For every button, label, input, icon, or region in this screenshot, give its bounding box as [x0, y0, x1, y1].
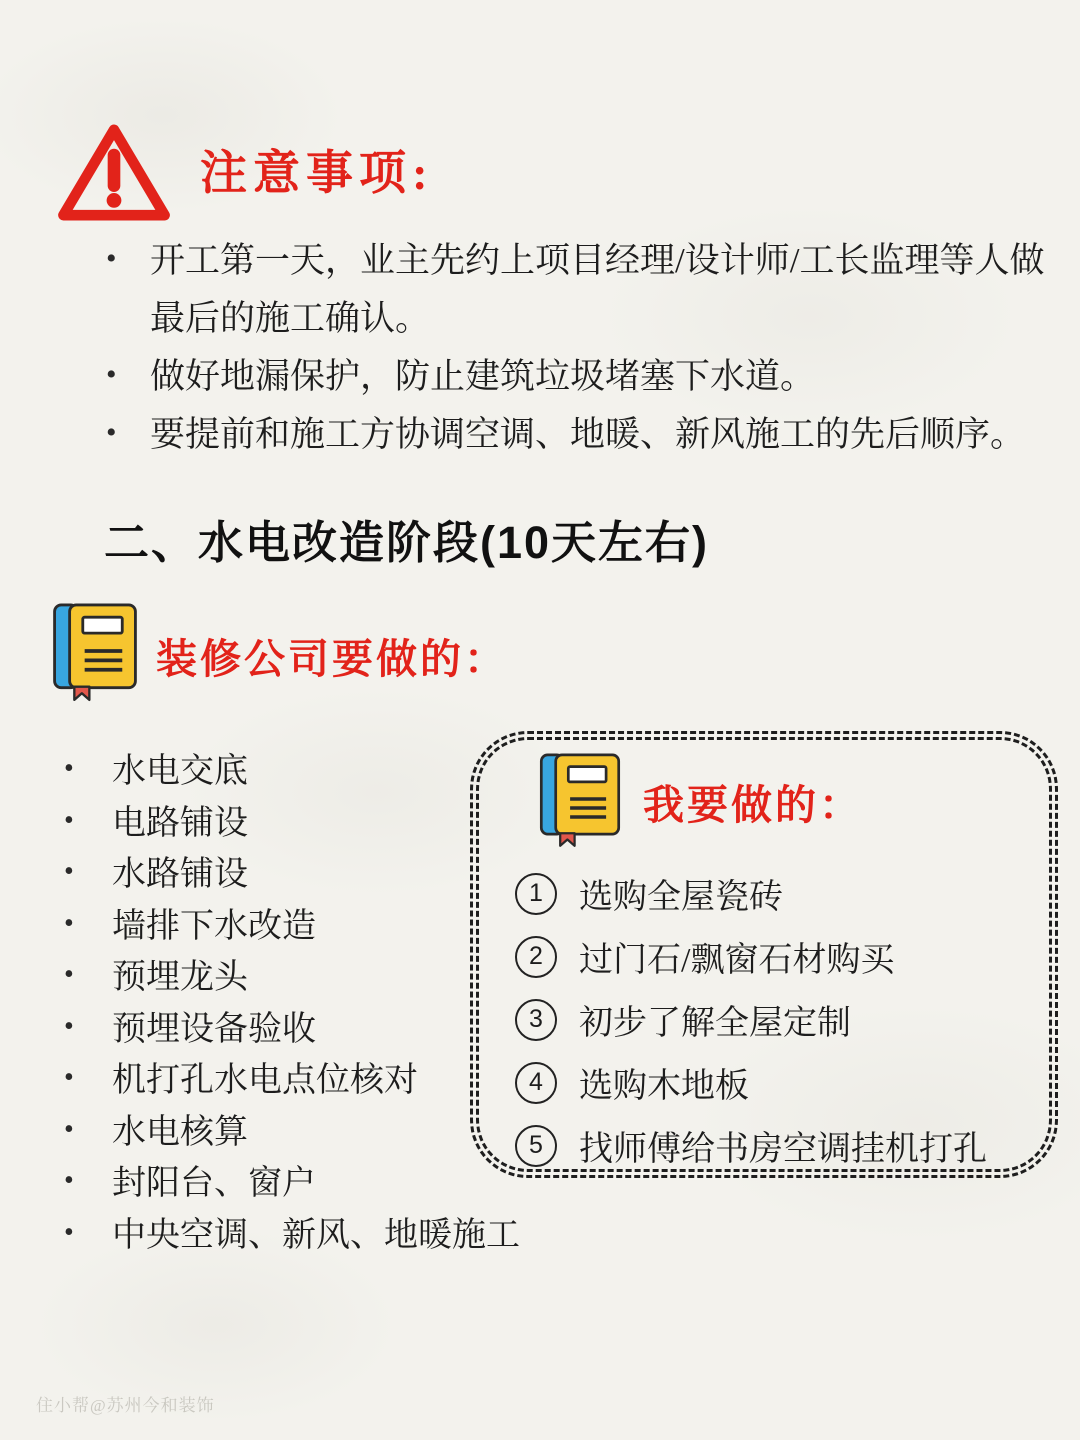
- my-todo-text: 过门石/飘窗石材购买: [579, 932, 894, 981]
- company-task-text: 水路铺设: [112, 856, 248, 893]
- company-task-list: •水电交底 •电路铺设 •水路铺设 •墙排下水改造 •预埋龙头 •预埋设备验收 …: [60, 746, 480, 1261]
- company-task-item: •预埋设备验收: [60, 1004, 480, 1056]
- notice-item-text: 要提前和施工方协调空调、地暖、新风施工的先后顺序。: [150, 415, 1025, 454]
- circled-number: 2: [515, 936, 557, 978]
- company-task-item: •机打孔水电点位核对: [60, 1055, 480, 1107]
- section-title: 二、水电改造阶段(10天左右): [104, 506, 709, 571]
- notice-item-text: 开工第一天，业主先约上项目经理/设计师/工长监理等人做最后的施工确认。: [150, 241, 1044, 338]
- company-task-item: •电路铺设: [60, 798, 480, 850]
- bullet-glyph: •: [64, 795, 74, 847]
- company-task-item: •水路铺设: [60, 849, 480, 901]
- bullet-glyph: •: [106, 346, 117, 404]
- company-task-text: 电路铺设: [112, 805, 248, 842]
- company-task-item: •水电交底: [60, 746, 480, 798]
- company-task-text: 预埋设备验收: [112, 1011, 316, 1048]
- bullet-glyph: •: [64, 1155, 74, 1207]
- my-todo-box: 我要做的： 1 选购全屋瓷砖 2 过门石/飘窗石材购买 3 初步了解全屋定制 4…: [470, 731, 1058, 1178]
- my-todo-text: 选购全屋瓷砖: [579, 869, 783, 918]
- company-task-item: •中央空调、新风、地暖施工: [60, 1210, 480, 1262]
- my-todo-list: 1 选购全屋瓷砖 2 过门石/飘窗石材购买 3 初步了解全屋定制 4 选购木地板…: [515, 862, 1035, 1177]
- bullet-glyph: •: [64, 743, 74, 795]
- company-tasks-title: 装修公司要做的：: [156, 626, 508, 685]
- notice-item: • 做好地漏保护，防止建筑垃圾堵塞下水道。: [102, 348, 1054, 406]
- notice-item: • 开工第一天，业主先约上项目经理/设计师/工长监理等人做最后的施工确认。: [102, 232, 1054, 348]
- circled-number: 5: [515, 1125, 557, 1167]
- bullet-glyph: •: [64, 898, 74, 950]
- company-task-item: •墙排下水改造: [60, 901, 480, 953]
- notice-title: 注意事项:: [200, 136, 434, 203]
- warning-triangle-icon: [56, 120, 172, 226]
- bullet-glyph: •: [106, 230, 117, 288]
- company-task-text: 预埋龙头: [112, 959, 248, 996]
- company-task-item: •预埋龙头: [60, 952, 480, 1004]
- my-todo-item: 4 选购木地板: [515, 1051, 1035, 1114]
- notice-item: • 要提前和施工方协调空调、地暖、新风施工的先后顺序。: [102, 406, 1054, 464]
- renovation-infographic-page: 注意事项: • 开工第一天，业主先约上项目经理/设计师/工长监理等人做最后的施工…: [0, 0, 1080, 1440]
- circled-number: 4: [515, 1062, 557, 1104]
- watermark: 住小帮@苏州今和装饰: [36, 1391, 215, 1416]
- company-task-text: 中央空调、新风、地暖施工: [112, 1217, 520, 1254]
- my-todo-text: 选购木地板: [579, 1058, 749, 1107]
- my-todo-item: 5 找师傅给书房空调挂机打孔: [515, 1114, 1035, 1177]
- notebook-icon: [48, 600, 142, 702]
- my-todo-item: 3 初步了解全屋定制: [515, 988, 1035, 1051]
- my-todo-item: 1 选购全屋瓷砖: [515, 862, 1035, 925]
- bullet-glyph: •: [64, 949, 74, 1001]
- bullet-glyph: •: [64, 1207, 74, 1259]
- company-task-text: 墙排下水改造: [112, 908, 316, 945]
- circled-number: 1: [515, 873, 557, 915]
- my-todo-text: 找师傅给书房空调挂机打孔: [579, 1121, 987, 1170]
- bullet-glyph: •: [64, 1104, 74, 1156]
- company-task-text: 封阳台、窗户: [112, 1165, 316, 1202]
- company-task-text: 机打孔水电点位核对: [112, 1062, 418, 1099]
- company-task-text: 水电交底: [112, 753, 248, 790]
- bullet-glyph: •: [106, 404, 117, 462]
- my-todo-text: 初步了解全屋定制: [579, 995, 851, 1044]
- notice-item-text: 做好地漏保护，防止建筑垃圾堵塞下水道。: [150, 357, 815, 396]
- my-todo-title: 我要做的：: [643, 772, 863, 831]
- bullet-glyph: •: [64, 846, 74, 898]
- company-task-item: •水电核算: [60, 1107, 480, 1159]
- company-task-item: •封阳台、窗户: [60, 1158, 480, 1210]
- notebook-icon: [535, 750, 625, 848]
- circled-number: 3: [515, 999, 557, 1041]
- company-task-text: 水电核算: [112, 1114, 248, 1151]
- my-todo-item: 2 过门石/飘窗石材购买: [515, 925, 1035, 988]
- bullet-glyph: •: [64, 1001, 74, 1053]
- bullet-glyph: •: [64, 1052, 74, 1104]
- notice-list: • 开工第一天，业主先约上项目经理/设计师/工长监理等人做最后的施工确认。 • …: [102, 232, 1054, 464]
